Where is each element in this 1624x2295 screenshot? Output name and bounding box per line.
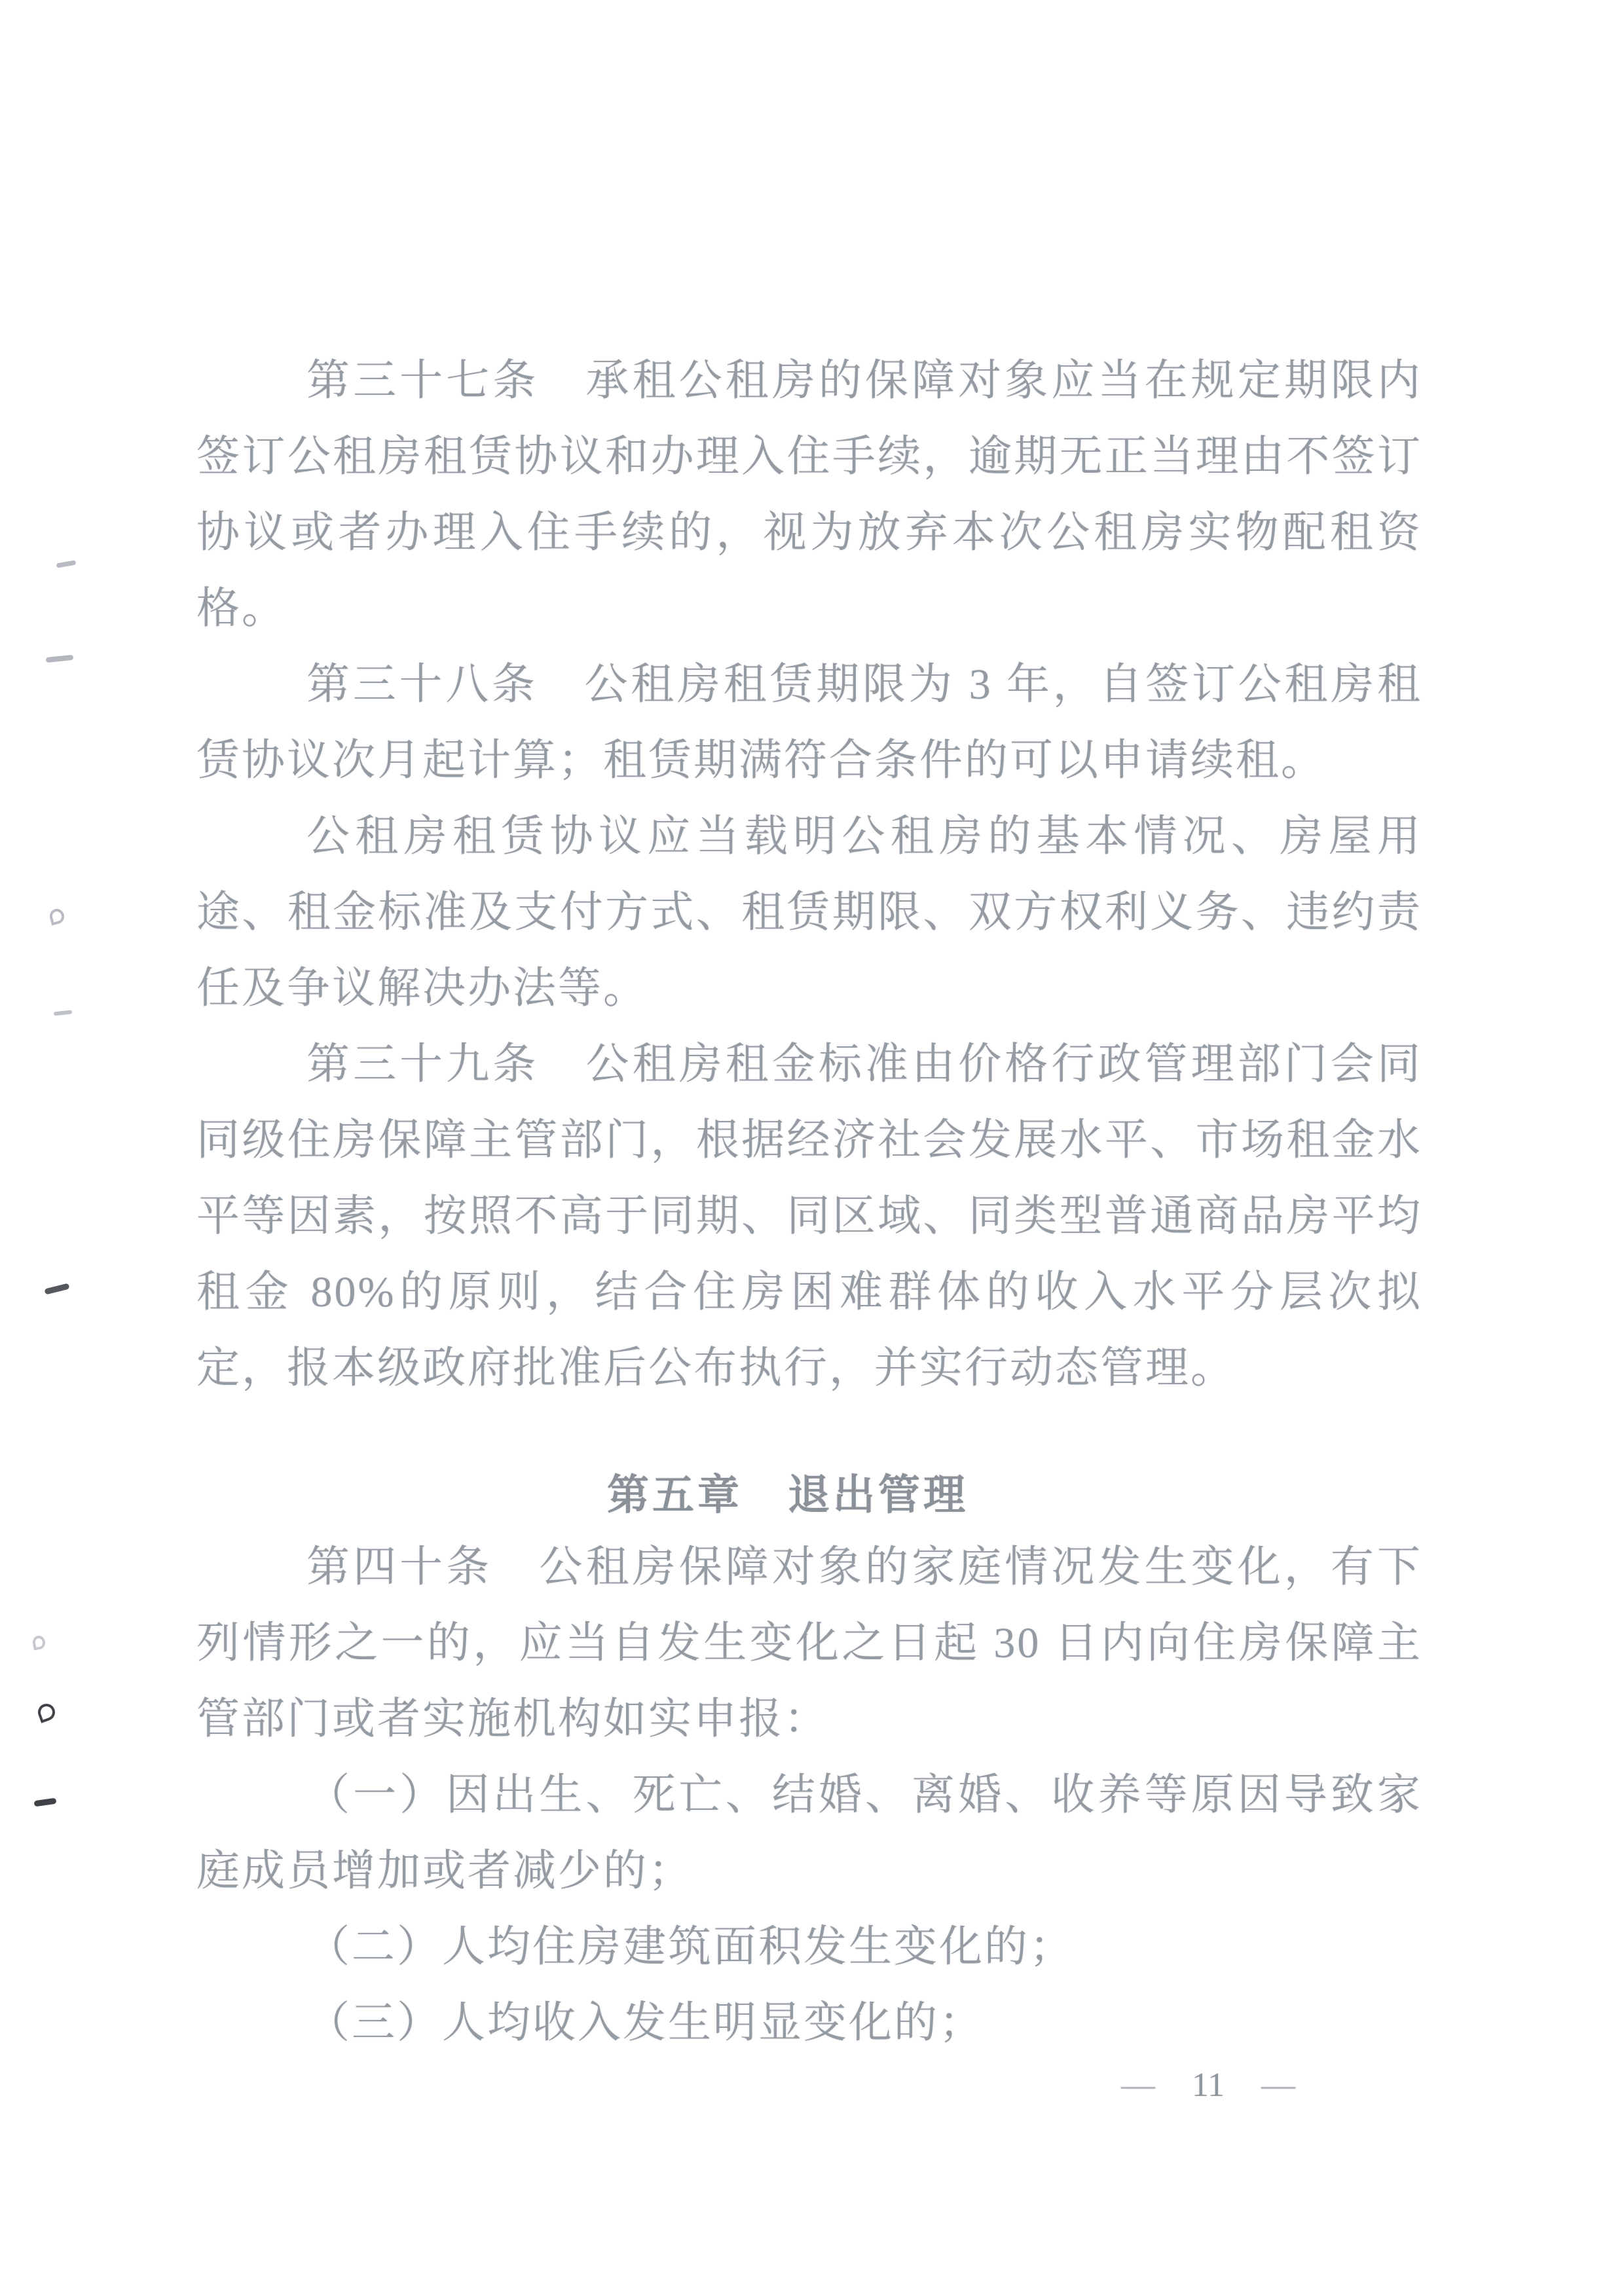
margin-mark [48, 908, 65, 926]
paragraph-article-40: 第四十条 公租房保障对象的家庭情况发生变化，有下列情形之一的，应当自发生变化之日… [196, 1530, 1422, 1757]
page-number-value: 11 [1192, 2066, 1225, 2104]
paragraph-lease-agreement-contents: 公租房租赁协议应当载明公租房的基本情况、房屋用途、租金标准及支付方式、租赁期限、… [196, 799, 1422, 1027]
margin-mark [46, 655, 74, 663]
page-number-right-dash: — [1261, 2066, 1295, 2104]
scanned-document-page: 第三十七条 承租公租房的保障对象应当在规定期限内签订公租房租赁协议和办理入住手续… [0, 0, 1624, 2295]
chapter-5-heading: 第五章 退出管理 [175, 1458, 1401, 1533]
paragraph-item-3: （三）人均收入发生明显变化的； [196, 1985, 1422, 2061]
margin-mark [31, 1635, 46, 1651]
paragraph-article-38: 第三十八条 公租房租赁期限为 3 年，自签订公租房租赁协议次月起计算；租赁期满符… [196, 647, 1422, 799]
page-number: — 11 — [1121, 2066, 1295, 2104]
margin-mark [56, 560, 77, 568]
margin-mark [54, 1010, 72, 1016]
paragraph-item-2: （二）人均住房建筑面积发生变化的； [196, 1909, 1422, 1985]
page-number-left-dash: — [1121, 2066, 1155, 2104]
margin-mark [34, 1798, 57, 1807]
paragraph-article-37: 第三十七条 承租公租房的保障对象应当在规定期限内签订公租房租赁协议和办理入住手续… [196, 343, 1422, 647]
paragraph-article-39: 第三十九条 公租房租金标准由价格行政管理部门会同同级住房保障主管部门，根据经济社… [196, 1027, 1422, 1406]
document-body: 第三十七条 承租公租房的保障对象应当在规定期限内签订公租房租赁协议和办理入住手续… [196, 343, 1422, 2061]
margin-mark [35, 1701, 57, 1723]
paragraph-item-1: （一）因出生、死亡、结婚、离婚、收养等原因导致家庭成员增加或者减少的； [196, 1757, 1422, 1909]
margin-mark [44, 1283, 69, 1295]
